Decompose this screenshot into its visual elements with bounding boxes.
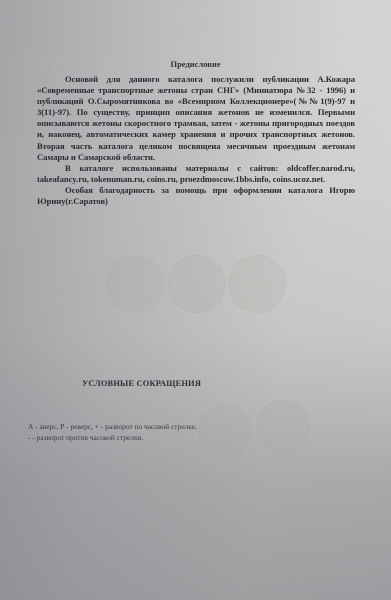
abbreviation-line-1: А - аверс, Р - реверс, + - разворот по ч… [28,422,258,433]
paragraph-acknowledgement: Особая благодарность за помощь при оформ… [37,185,355,207]
paragraph-sources: Основой для данного каталога послужили п… [37,74,355,163]
document-page: Предисловие Основой для данного каталога… [0,0,391,600]
page-title: Предисловие [0,59,391,69]
abbreviation-line-2: - - разворот против часовой стрелки. [28,433,258,444]
abbreviations-title: УСЛОВНЫЕ СОКРАЩЕНИЯ [82,379,201,388]
showthrough-circle-3 [228,255,286,313]
showthrough-circle-1 [106,255,164,313]
showthrough-circle-2 [168,255,226,313]
paragraph-websites: В каталоге использованы материалы с сайт… [37,163,355,185]
showthrough-circle-5 [256,400,310,454]
foreword-body: Основой для данного каталога послужили п… [37,74,355,207]
abbreviations-legend: А - аверс, Р - реверс, + - разворот по ч… [28,422,258,443]
